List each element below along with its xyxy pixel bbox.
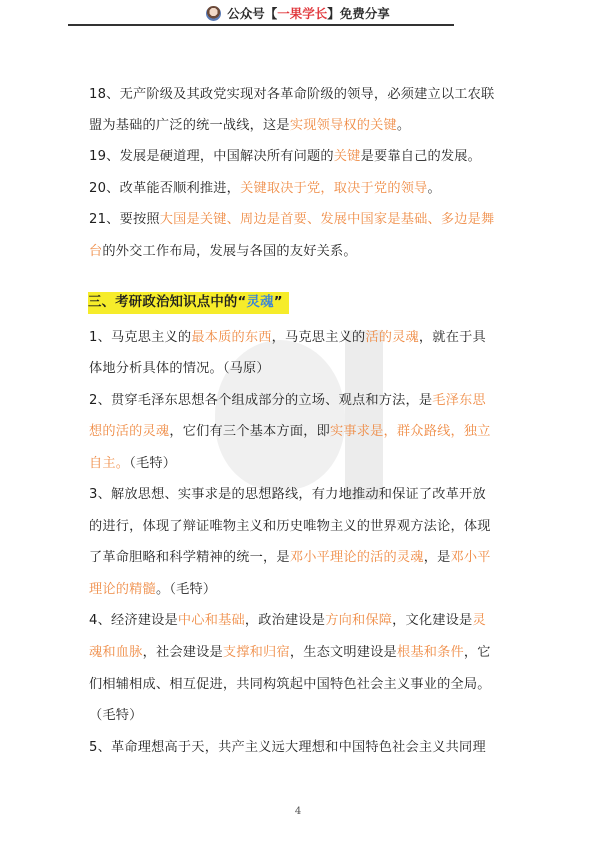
body-text: 。（毛特） [156,582,216,597]
body-text: （毛特） [129,456,176,471]
paragraph-20-line: 20、改革能否顺利推进，关键取决于党，取决于党的领导。 [89,180,441,198]
watermark-banner [345,330,383,500]
body-text: ，它 [464,645,491,660]
body-text: 1、马克思主义的 [89,330,191,345]
body-text: 的进行，体现了辩证唯物主义和历史唯物主义的世界观方法论，体现 [89,519,491,534]
body-text: 5、革命理想高于天，共产主义远大理想和中国特色社会主义共同理 [89,740,486,755]
soul-item-3-line: 3、解放思想、实事求是的思想路线，有力地推动和保证了改革开放 [89,486,486,504]
header-prefix: 公众号【 [227,4,277,22]
body-text: 盟为基础的广泛的统一战线，这是 [89,118,290,133]
highlight-text: 邓小平 [450,550,490,565]
soul-item-4-line: 魂和血脉，社会建设是支撑和归宿，生态文明建设是根基和条件，它 [89,644,491,662]
body-text: 4、经济建设是 [89,613,178,628]
highlight-text: 邓小平理论的活的灵魂 [290,550,424,565]
soul-item-5-line: 5、革命理想高于天，共产主义远大理想和中国特色社会主义共同理 [89,739,486,757]
paragraph-18-line: 18、无产阶级及其政党实现对各革命阶级的领导，必须建立以工农联 [89,86,494,104]
body-text: 体地分析具体的情况。（马原） [89,361,270,376]
body-text: 们相辅相成、相互促进，共同构筑起中国特色社会主义事业的全局。 [89,677,491,692]
body-text: 。 [428,181,441,196]
highlight-text: 想的活的灵魂 [89,424,169,439]
highlight-text: 活的灵魂 [365,330,419,345]
body-text: ，马克思主义的 [272,330,366,345]
paragraph-19-line: 19、发展是硬道理，中国解决所有问题的关键是要靠自己的发展。 [89,148,481,166]
soul-item-1-line: 体地分析具体的情况。（马原） [89,360,270,378]
highlight-text: 毛泽东思 [432,393,486,408]
soul-item-3-line: 的进行，体现了辩证唯物主义和历史唯物主义的世界观方法论，体现 [89,518,491,536]
body-text: 21、要按照 [89,212,160,227]
header-suffix: 】免费分享 [327,4,390,22]
section-title: 三、考研政治知识点中的“灵魂” [88,292,289,314]
soul-item-4-line: 4、经济建设是中心和基础，政治建设是方向和保障，文化建设是灵 [89,612,486,630]
soul-item-3-line: 了革命胆略和科学精神的统一，是邓小平理论的活的灵魂，是邓小平 [89,549,491,567]
section-title-suffix: ” [274,295,283,310]
highlight-text: 支撑和归宿 [223,645,290,660]
body-text: 的外交工作布局，发展与各国的友好关系。 [102,244,356,259]
section-title-highlight: 灵魂 [247,295,274,310]
body-text: ，就在于具 [419,330,486,345]
highlight-text: 根基和条件 [397,645,464,660]
highlight-text: 理论的精髓 [89,582,156,597]
paragraph-21-line: 21、要按照大国是关键、周边是首要、发展中国家是基础、多边是舞 [89,211,494,229]
page-number: 4 [0,806,596,817]
soul-item-3-line: 理论的精髓。（毛特） [89,581,216,599]
highlight-text: 魂和血脉 [89,645,143,660]
highlight-text: 最本质的东西 [191,330,271,345]
highlight-text: 关键取决于党，取决于党的领导 [240,181,427,196]
body-text: ，它们有三个基本方面，即 [169,424,330,439]
body-text: ，政治建设是 [245,613,325,628]
paragraph-18-line: 盟为基础的广泛的统一战线，这是实现领导权的关键。 [89,117,410,135]
header-brand: 一果学长 [277,4,327,22]
highlight-text: 台 [89,244,102,259]
soul-item-4-line: （毛特） [89,707,143,725]
body-text: ，生态文明建设是 [290,645,397,660]
body-text: 3、解放思想、实事求是的思想路线，有力地推动和保证了改革开放 [89,487,486,502]
highlight-text: 灵 [472,613,485,628]
body-text: ，文化建设是 [392,613,472,628]
body-text: 了革命胆略和科学精神的统一，是 [89,550,290,565]
highlight-text: 实现领导权的关键 [290,118,397,133]
body-text: 。 [397,118,410,133]
header-divider [68,24,454,26]
body-text: ，是 [424,550,451,565]
highlight-text: 方向和保障 [325,613,392,628]
highlight-text: 实事求是，群众路线，独立 [330,424,491,439]
body-text: ，社会建设是 [143,645,223,660]
paragraph-21-line: 台的外交工作布局，发展与各国的友好关系。 [89,243,357,261]
body-text: 2、贯穿毛泽东思想各个组成部分的立场、观点和方法，是 [89,393,432,408]
highlight-text: 关键 [334,149,361,164]
soul-item-2-line: 自主。（毛特） [89,455,176,473]
body-text: 19、发展是硬道理，中国解决所有问题的 [89,149,334,164]
avatar-icon [206,6,221,21]
highlight-text: 中心和基础 [178,613,245,628]
watermark-logo [215,330,360,495]
section-title-prefix: 三、考研政治知识点中的“ [88,295,247,310]
highlight-text: 自主。 [89,456,129,471]
body-text: 是要靠自己的发展。 [361,149,482,164]
body-text: （毛特） [89,708,143,723]
soul-item-4-line: 们相辅相成、相互促进，共同构筑起中国特色社会主义事业的全局。 [89,676,491,694]
page-header: 公众号【一果学长】免费分享 [0,0,596,26]
highlight-text: 大国是关键、周边是首要、发展中国家是基础、多边是舞 [160,212,495,227]
soul-item-2-line: 想的活的灵魂，它们有三个基本方面，即实事求是，群众路线，独立 [89,423,491,441]
body-text: 18、无产阶级及其政党实现对各革命阶级的领导，必须建立以工农联 [89,87,494,102]
soul-item-2-line: 2、贯穿毛泽东思想各个组成部分的立场、观点和方法，是毛泽东思 [89,392,486,410]
soul-item-1-line: 1、马克思主义的最本质的东西，马克思主义的活的灵魂，就在于具 [89,329,486,347]
body-text: 20、改革能否顺利推进， [89,181,240,196]
